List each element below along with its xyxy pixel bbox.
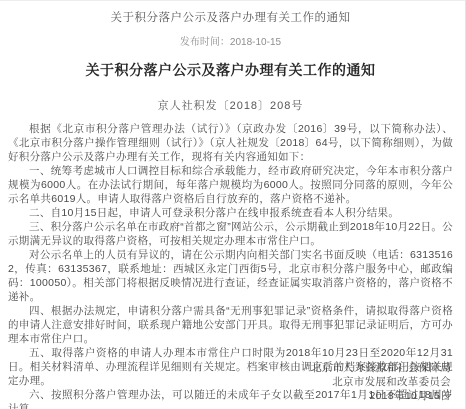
signature-block: 北京市人力资源和社会保障局 北京市发展和改革委员会 2018年10月15日 bbox=[311, 361, 451, 403]
signature-date: 2018年10月15日 bbox=[311, 389, 451, 403]
notice-paragraph: 根据《北京市积分落户管理办法（试行）》（京政办发〔2016〕39号，以下简称办法… bbox=[8, 122, 453, 164]
signature-org-1: 北京市人力资源和社会保障局 bbox=[311, 361, 451, 375]
notice-page: 关于积分落户公示及落户办理有关工作的通知 发布时间：2018-10-15 关于积… bbox=[0, 0, 466, 409]
notice-paragraph: 对公示名单上的人员有异议的，请在公示期内向相关部门实名书面反映（电话：63135… bbox=[8, 248, 453, 304]
doc-number: 京人社积发〔2018〕208号 bbox=[8, 97, 453, 113]
notice-paragraph: 一、统筹考虑城市人口调控目标和综合承载能力，经市政府研究决定，今年本市积分落户规… bbox=[8, 164, 453, 206]
notice-pretitle: 关于积分落户公示及落户办理有关工作的通知 bbox=[8, 7, 453, 25]
notice-title: 关于积分落户公示及落户办理有关工作的通知 bbox=[8, 60, 453, 80]
signature-org-2: 北京市发展和改革委员会 bbox=[311, 375, 451, 389]
notice-paragraph: 三、积分落户公示名单在市政府“首都之窗”网站公示，公示期截止到2018年10月2… bbox=[8, 220, 453, 248]
notice-paragraph: 四、根据办法规定，申请积分落户需具备“无刑事犯罪记录”资格条件，请拟取得落户资格… bbox=[8, 304, 453, 346]
notice-paragraph: 二、自10月15日起，申请人可登录积分落户在线申报系统查看本人积分结果。 bbox=[8, 206, 453, 220]
publish-time: 发布时间：2018-10-15 bbox=[8, 33, 453, 48]
